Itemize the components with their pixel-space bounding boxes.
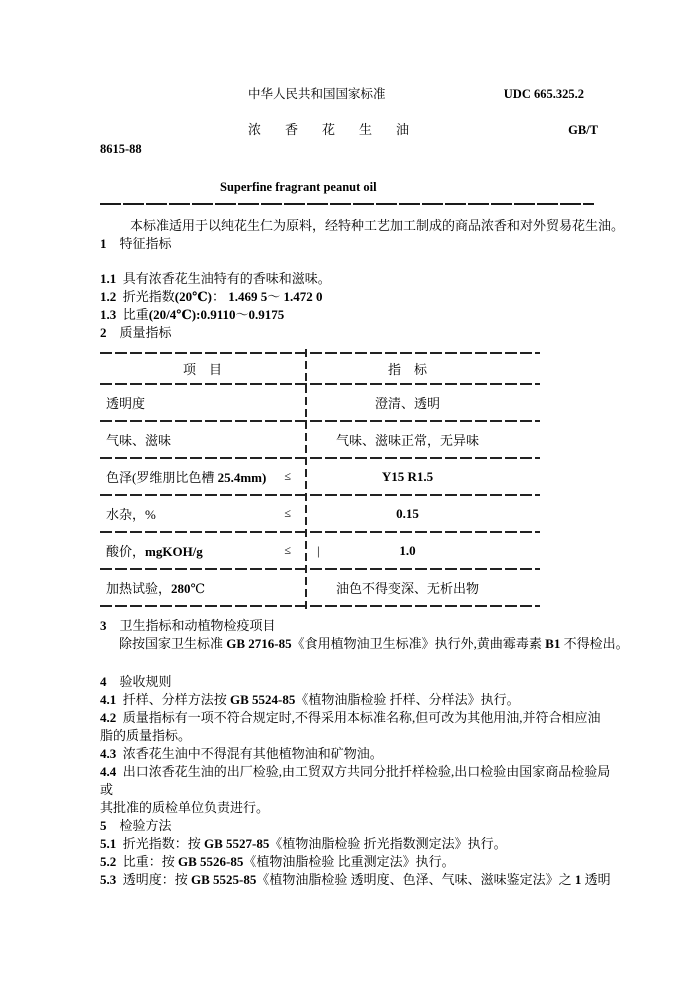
document-page: 中华人民共和国国家标准 UDC 665.325.2 浓香花生油 GB/T 861… [0,0,700,991]
table-row-odor-taste: 气味、滋味 气味、滋味正常，无异味 [100,422,540,457]
item-text: 气味、滋味 [106,430,171,449]
value-text: 气味、滋味正常，无异味 [336,430,479,449]
standard-code: 8615-88 [100,142,142,156]
column-header-item: 项 目 [100,359,305,378]
table-row-heating-test: 加热试验，280℃ 油色不得变深、无析出物 [100,570,540,605]
value-cell: 油色不得变深、无析出物 [305,578,540,597]
document-content: 中华人民共和国国家标准 UDC 665.325.2 浓香花生油 GB/T 861… [100,0,620,889]
value-text: 油色不得变深、无析出物 [336,578,479,597]
value-cell: Y15 R1.5 [305,469,540,485]
heading-inspection-methods: 5 检验方法 [100,817,620,835]
clause-4-3: 4.3 浓香花生油中不得混有其他植物油和矿物油。 [100,745,620,763]
intro-paragraph: 本标准适用于以纯花生仁为原料，经特种工艺加工制成的商品浓香和对外贸易花生油。 [100,217,620,235]
heading-hygiene-indicators: 3 卫生指标和动植物检疫项目 [100,617,620,635]
udc-number: UDC 665.325.2 [504,86,584,102]
table-row-transparency: 透明度 澄清、透明 [100,385,540,420]
gbt-label: GB/T [568,122,598,138]
item-cell: 透明度 [100,393,305,412]
clause-1-1: 1.1 具有浓香花生油特有的香味和滋味。 [100,270,620,288]
clause-1-2: 1.2 折光指数(20℃)： 1.469 5～ 1.472 0 [100,288,620,306]
value-text: 0.15 [396,506,419,522]
clause-4-4-continuation-1: 或 [100,781,620,799]
hygiene-paragraph: 除按国家卫生标准 GB 2716-85《食用植物油卫生标准》执行外,黄曲霉毒素 … [100,635,620,653]
item-cell: 色泽(罗维朋比色槽 25.4mm) ≤ [100,467,305,486]
clause-4-1: 4.1 扦样、分样方法按 GB 5524-85《植物油脂检验 扦样、分样法》执行… [100,691,620,709]
value-cell: 0.15 [305,506,540,522]
column-header-value: 指 标 [305,359,540,378]
item-cell: 水杂，% ≤ [100,504,305,523]
item-text: 加热试验，280℃ [106,578,205,597]
document-title-en: Superfine fragrant peanut oil [220,179,620,195]
clause-4-2-continuation: 脂的质量指标。 [100,727,620,745]
item-text: 透明度 [106,393,145,412]
heading-quality-indicators: 2 质量指标 [100,324,620,342]
clause-1-3: 1.3 比重(20/4℃):0.9110～0.9175 [100,306,620,324]
clause-5-3: 5.3 透明度：按 GB 5525-85《植物油脂检验 透明度、色泽、气味、滋味… [100,871,620,889]
heading-acceptance-rules: 4 验收规则 [100,673,620,691]
value-text: 1.0 [399,543,415,559]
value-text: Y15 R1.5 [382,469,433,485]
item-cell: 酸价，mgKOH/g ≤ [100,541,305,560]
item-cell: 加热试验，280℃ [100,578,305,597]
clause-4-4-continuation-2: 其批准的质检单位负责进行。 [100,799,620,817]
header-row-2: 浓香花生油 GB/T [100,122,620,138]
item-text: 水杂，% [106,504,156,523]
divider-artifact: | [317,543,320,559]
leq-symbol: ≤ [284,543,291,558]
value-cell: 气味、滋味正常，无异味 [305,430,540,449]
value-cell: | 1.0 [305,543,540,559]
item-text: 色泽(罗维朋比色槽 25.4mm) [106,467,266,486]
clause-5-2: 5.2 比重：按 GB 5526-85《植物油脂检验 比重测定法》执行。 [100,853,620,871]
item-cell: 气味、滋味 [100,430,305,449]
clause-5-1: 5.1 折光指数：按 GB 5527-85《植物油脂检验 折光指数测定法》执行。 [100,835,620,853]
table-row-acid-value: 酸价，mgKOH/g ≤ | 1.0 [100,533,540,568]
quality-table: 项 目 指 标 透明度 澄清、透明 气味、滋味 [100,352,540,607]
standard-name: 中华人民共和国国家标准 [248,87,386,101]
header-row-1: 中华人民共和国国家标准 UDC 665.325.2 [100,86,620,102]
table-row-color: 色泽(罗维朋比色槽 25.4mm) ≤ Y15 R1.5 [100,459,540,494]
leq-symbol: ≤ [284,469,291,484]
header-row-3: 8615-88 [100,141,620,157]
leq-symbol: ≤ [284,506,291,521]
table-row-moisture: 水杂，% ≤ 0.15 [100,496,540,531]
clause-4-2: 4.2 质量指标有一项不符合规定时,不得采用本标准名称,但可改为其他用油,并符合… [100,709,620,727]
item-text: 酸价，mgKOH/g [106,541,203,560]
header-rule [100,203,594,205]
table-header-row: 项 目 指 标 [100,354,540,383]
value-text: 澄清、透明 [375,393,440,412]
clause-4-4: 4.4 出口浓香花生油的出厂检验,由工贸双方共同分批扦样检验,出口检验由国家商品… [100,763,620,781]
value-cell: 澄清、透明 [305,393,540,412]
top-margin [100,0,620,86]
document-title-cn: 浓香花生油 [248,122,433,137]
table-rule [100,605,540,607]
heading-characteristic-indicators: 1 特征指标 [100,235,620,253]
